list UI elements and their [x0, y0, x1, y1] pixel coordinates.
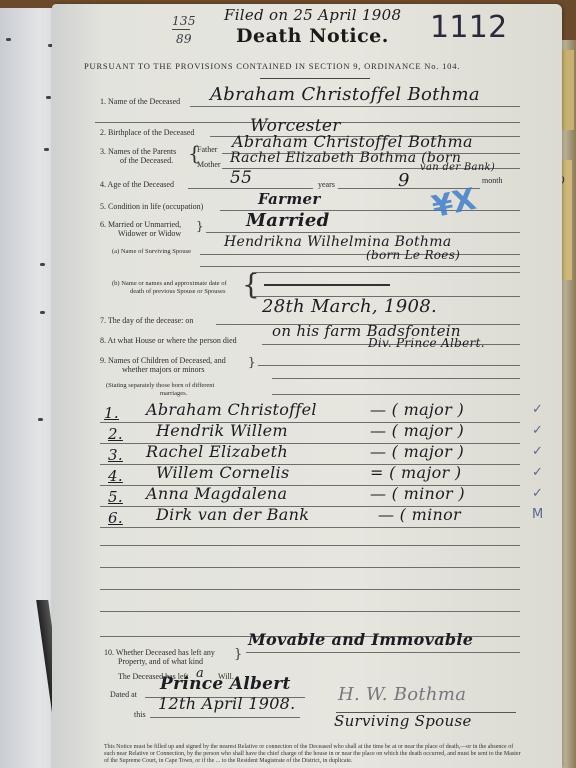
field-label-children: 9. Names of Children of Deceased, and: [100, 356, 226, 365]
field-label-property-cont: Property, and of what kind: [118, 657, 203, 666]
child-name: Rachel Elizabeth: [146, 442, 288, 461]
field-rule: [150, 717, 300, 718]
field-label-age: 4. Age of the Deceased: [100, 180, 174, 189]
reference-number-top: 135: [172, 14, 196, 28]
binding-hole: [46, 96, 51, 99]
binding-hole: [38, 418, 43, 421]
margin-check-mark-icon: ✓: [532, 423, 543, 438]
field-value-marital: Married: [246, 210, 330, 231]
margin-check-mark-icon: ✓: [532, 486, 543, 501]
field-label-parents: 3. Names of the Parents: [100, 147, 176, 156]
child-status: — ( minor: [378, 505, 461, 524]
field-rule: [100, 611, 520, 612]
margin-check-mark-icon: M: [532, 507, 543, 522]
child-name: Anna Magdalena: [146, 484, 287, 503]
father-label: Father: [197, 145, 217, 154]
field-rule: [200, 266, 520, 267]
child-status: = ( major ): [370, 463, 461, 482]
field-value-dated-at: Prince Albert: [160, 674, 291, 694]
margin-check-mark-icon: ✓: [532, 444, 543, 459]
field-label-previous-spouse-cont: death of previous Spouse or Spouses: [130, 288, 226, 295]
field-label-children-cont: whether majors or minors: [122, 365, 204, 374]
field-value-father: Abraham Christoffel Bothma: [232, 132, 473, 151]
field-value-age-years: 55: [230, 168, 252, 188]
field-label-spouse: (a) Name of Surviving Spouse: [112, 248, 191, 255]
field-label-previous-spouse: (b) Name or names and approximate date o…: [112, 280, 227, 287]
field-label-date-of-death: 7. The day of the decease: on: [100, 316, 193, 325]
field-label-parents-cont: of the Deceased.: [120, 156, 173, 165]
reference-number-bottom: 89: [176, 32, 192, 46]
field-rule: [206, 232, 520, 233]
child-status: — ( major ): [370, 400, 464, 419]
child-name: Willem Cornelis: [156, 463, 289, 482]
field-value-this-date: 12th April 1908.: [158, 694, 296, 713]
child-status: — ( major ): [370, 421, 464, 440]
field-value-property: Movable and Immovable: [248, 630, 473, 649]
child-status: — ( major ): [370, 442, 464, 461]
field-rule: [188, 188, 313, 189]
field-value-age-months: 9: [398, 170, 410, 191]
margin-check-mark-icon: ✓: [532, 465, 543, 480]
age-years-label: years: [318, 180, 335, 189]
brace: }: [234, 647, 242, 662]
field-label-place-of-death: 8. At what House or where the person die…: [100, 336, 237, 345]
field-rule: [100, 545, 520, 546]
brace: }: [196, 219, 204, 233]
header-rule: [260, 78, 370, 79]
binding-hole: [44, 148, 49, 151]
field-value-mother-cont: van der Bank): [420, 162, 495, 173]
binding-hole: [40, 263, 45, 266]
dated-at-label: Dated at: [110, 690, 137, 699]
paper-tab: [560, 50, 574, 130]
field-value-place-of-death-cont: Div. Prince Albert.: [368, 336, 485, 350]
field-value-name: Abraham Christoffel Bothma: [210, 84, 480, 105]
child-status: — ( minor ): [370, 484, 465, 503]
field-rule: [272, 394, 520, 395]
field-label-name: 1. Name of the Deceased: [100, 97, 180, 106]
age-months-label: month: [482, 176, 502, 185]
field-value-date-of-death: 28th March, 1908.: [262, 296, 437, 317]
child-number: 3.: [108, 446, 123, 464]
footer-instructions: This Notice must be filled up and signed…: [104, 744, 524, 765]
field-rule: [100, 589, 520, 590]
field-label-occupation: 5. Condition in life (occupation): [100, 202, 203, 211]
brace: }: [248, 355, 256, 369]
children-note-cont: marriages.: [160, 390, 187, 397]
fraction-bar: [172, 29, 190, 30]
binding-hole: [6, 38, 11, 41]
child-name: Hendrik Willem: [156, 421, 288, 440]
child-name: Dirk van der Bank: [156, 505, 309, 524]
binding-hole: [40, 311, 45, 314]
margin-check-mark-icon: ✓: [532, 402, 543, 417]
children-note: (Stating separately those born of differ…: [106, 382, 214, 389]
field-value-previous-spouse-dash: [264, 284, 390, 286]
child-name: Abraham Christoffel: [146, 400, 317, 419]
child-number: 6.: [108, 509, 123, 527]
field-label-marital-cont: Widower or Widow: [118, 229, 181, 238]
field-rule: [246, 652, 520, 653]
field-label-property: 10. Whether Deceased has left any: [104, 648, 215, 657]
field-value-occupation: Farmer: [258, 190, 321, 208]
this-label: this: [134, 710, 146, 719]
field-rule: [100, 527, 520, 528]
field-rule: [190, 106, 520, 107]
field-rule: [272, 378, 520, 379]
field-label-birthplace: 2. Birthplace of the Deceased: [100, 128, 194, 137]
field-value-spouse-cont: (born Le Roes): [366, 248, 460, 262]
field-rule: [100, 567, 520, 568]
field-rule: [252, 272, 520, 273]
child-number: 4.: [108, 467, 123, 485]
signature-name: H. W. Bothma: [338, 684, 466, 705]
filed-date-note: Filed on 25 April 1908: [224, 6, 401, 24]
child-number: 5.: [108, 488, 123, 506]
child-number: 2.: [108, 425, 123, 443]
field-rule: [258, 365, 520, 366]
notice-number: 1112: [430, 10, 508, 45]
signature-capacity: Surviving Spouse: [334, 712, 472, 730]
child-number: 1.: [104, 404, 119, 422]
field-rule: [200, 254, 520, 255]
document-subtitle: PURSUANT TO THE PROVISIONS CONTAINED IN …: [84, 61, 460, 71]
mother-label: Mother: [197, 160, 221, 169]
document-title: Death Notice.: [236, 25, 389, 47]
field-label-marital: 6. Married or Unmarried,: [100, 220, 181, 229]
